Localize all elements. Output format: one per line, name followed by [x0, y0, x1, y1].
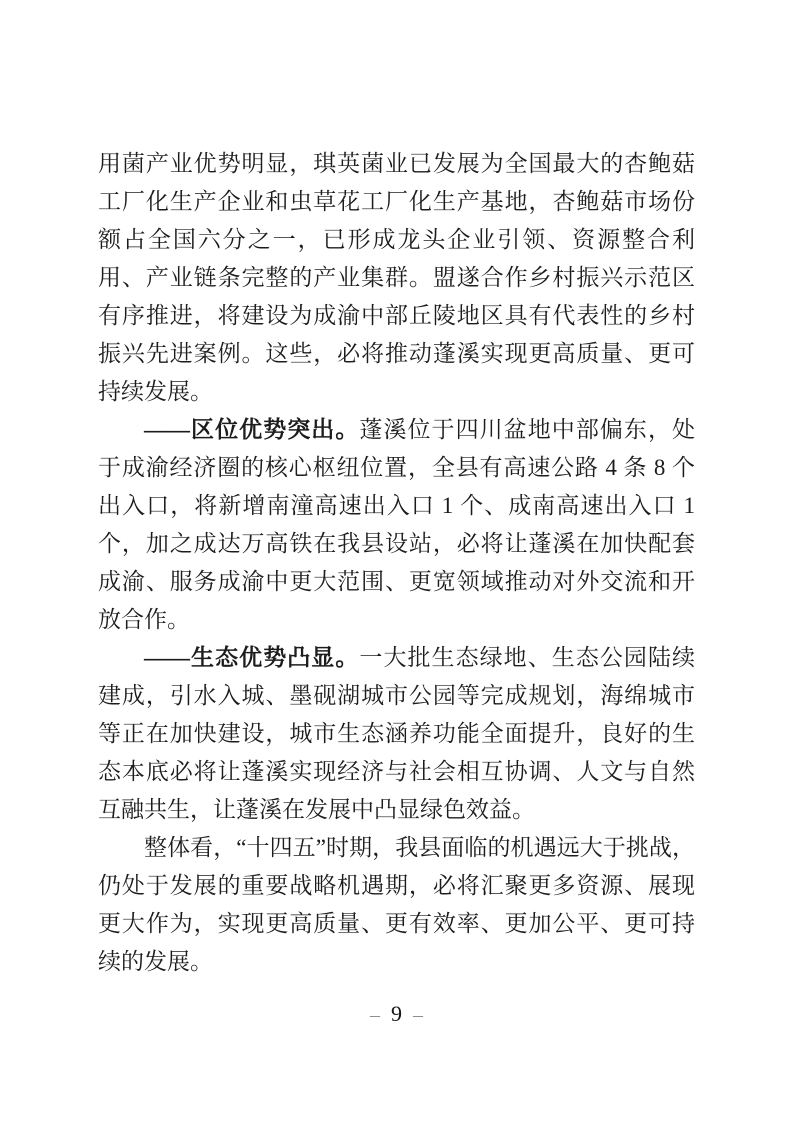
- paragraph-text: 蓬溪位于四川盆地中部偏东，处于成渝经济圈的核心枢纽位置，全县有高速公路 4 条 …: [98, 417, 695, 632]
- paragraph-industry-advantage: 用菌产业优势明显，琪英菌业已发展为全国最大的杏鲍菇工厂化生产企业和虫草花工厂化生…: [98, 145, 695, 411]
- document-page: { "page": { "background": "#ffffff", "te…: [0, 0, 793, 1122]
- paragraph-text: 一大批生态绿地、生态公园陆续建成，引水入城、墨砚湖城市公园等完成规划，海绵城市等…: [98, 645, 695, 822]
- page-number-dash-right: –: [402, 1004, 434, 1026]
- paragraph-overall-outlook: 整体看，“十四五”时期，我县面临的机遇远大于挑战，仍处于发展的重要战略机遇期，必…: [98, 829, 695, 981]
- paragraph-ecology-advantage: ——生态优势凸显。一大批生态绿地、生态公园陆续建成，引水入城、墨砚湖城市公园等完…: [98, 639, 695, 829]
- paragraph-lead-heading: ——生态优势凸显。: [144, 645, 359, 670]
- page-number-dash-left: –: [359, 1004, 391, 1026]
- paragraph-lead-heading: ——区位优势突出。: [144, 417, 359, 442]
- paragraph-location-advantage: ——区位优势突出。蓬溪位于四川盆地中部偏东，处于成渝经济圈的核心枢纽位置，全县有…: [98, 411, 695, 639]
- paragraph-text: 整体看，“十四五”时期，我县面临的机遇远大于挑战，仍处于发展的重要战略机遇期，必…: [98, 835, 695, 974]
- document-body: 用菌产业优势明显，琪英菌业已发展为全国最大的杏鲍菇工厂化生产企业和虫草花工厂化生…: [98, 145, 695, 981]
- page-number: –9–: [0, 1001, 793, 1027]
- page-number-value: 9: [391, 1001, 402, 1026]
- paragraph-text: 用菌产业优势明显，琪英菌业已发展为全国最大的杏鲍菇工厂化生产企业和虫草花工厂化生…: [98, 151, 695, 404]
